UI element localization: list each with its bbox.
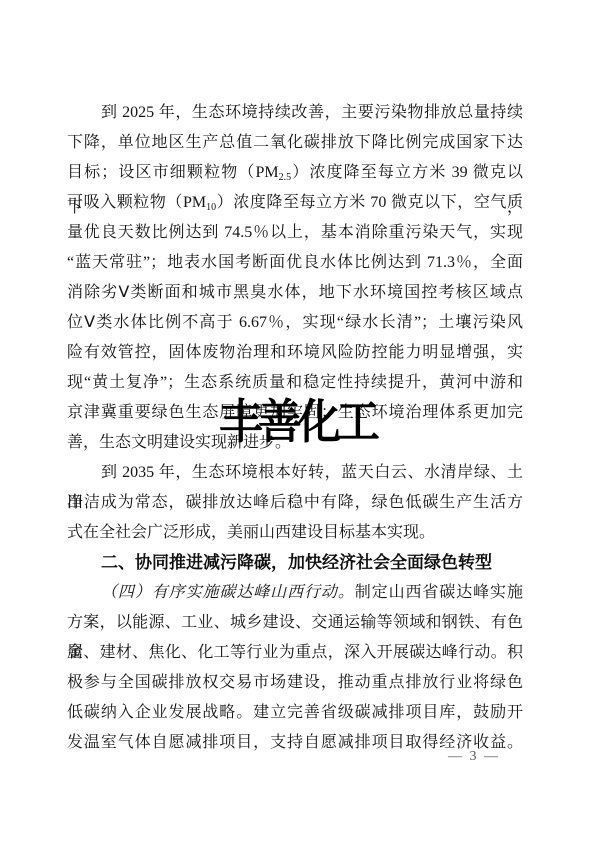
- document-page: 到 2025 年，生态环境持续改善，主要污染物排放总量持续 下降，单位地区生产总…: [0, 0, 600, 848]
- body-line: 属、建材、焦化、化工等行业为重点，深入开展碳达峰行动。积: [67, 638, 523, 668]
- body-line: 下降，单位地区生产总值二氧化碳排放下降比例完成国家下达: [67, 128, 523, 158]
- body-line-kaiti-text: （四）有序实施碳达峰山西行动。: [101, 584, 355, 601]
- body-line: 消除劣Ⅴ类断面和城市黑臭水体，地下水环境国控考核区域点: [67, 278, 523, 308]
- section-heading: 二、协同推进减污降碳，加快经济社会全面绿色转型: [67, 548, 523, 578]
- body-line-mixed: （四）有序实施碳达峰山西行动。制定山西省碳达峰实施: [67, 578, 523, 608]
- pm25-subscript: 2.5: [279, 172, 292, 183]
- page-number: — 3 —: [448, 749, 500, 765]
- body-line-text: 可吸入颗粒物（PM: [67, 194, 206, 211]
- body-line: 险有效管控，固体废物治理和环境风险防控能力明显增强，实: [67, 338, 523, 368]
- body-line-pm10: 可吸入颗粒物（PM10）浓度降至每立方米 70 微克以下，空气质: [67, 188, 523, 218]
- body-line-pm25: 目标；设区市细颗粒物（PM2.5）浓度降至每立方米 39 微克以下，: [67, 158, 523, 188]
- body-line: 到 2025 年，生态环境持续改善，主要污染物排放总量持续: [67, 98, 523, 128]
- body-line: 田洁成为常态，碳排放达峰后稳中有降，绿色低碳生产生活方: [67, 488, 523, 518]
- body-line: 量优良天数比例达到 74.5％以上，基本消除重污染天气，实现: [67, 218, 523, 248]
- body-line: 极参与全国碳排放权交易市场建设，推动重点排放行业将绿色: [67, 668, 523, 698]
- body-line: 位Ⅴ类水体比例不高于 6.67％，实现“绿水长清”；土壤污染风: [67, 308, 523, 338]
- body-line-text: 目标；设区市细颗粒物（PM: [67, 164, 279, 181]
- body-line: 方案，以能源、工业、城乡建设、交通运输等领域和钢铁、有色金: [67, 608, 523, 638]
- pm10-subscript: 10: [206, 202, 216, 213]
- body-line-text: ）浓度降至每立方米 70 微克以下，空气质: [216, 194, 523, 211]
- body-line: 低碳纳入企业发展战略。建立完善省级碳减排项目库，鼓励开: [67, 698, 523, 728]
- body-line: 式在全社会广泛形成，美丽山西建设目标基本实现。: [67, 518, 523, 548]
- body-line: “蓝天常驻”；地表水国考断面优良水体比例达到 71.3％，全面: [67, 248, 523, 278]
- body-line: 到 2035 年，生态环境根本好转，蓝天白云、水清岸绿、土净: [67, 458, 523, 488]
- body-line-text: 制定山西省碳达峰实施: [355, 584, 523, 601]
- watermark-overlay: 丰善化工: [219, 396, 375, 448]
- body-line: 现“黄土复净”；生态系统质量和稳定性持续提升，黄河中游和: [67, 368, 523, 398]
